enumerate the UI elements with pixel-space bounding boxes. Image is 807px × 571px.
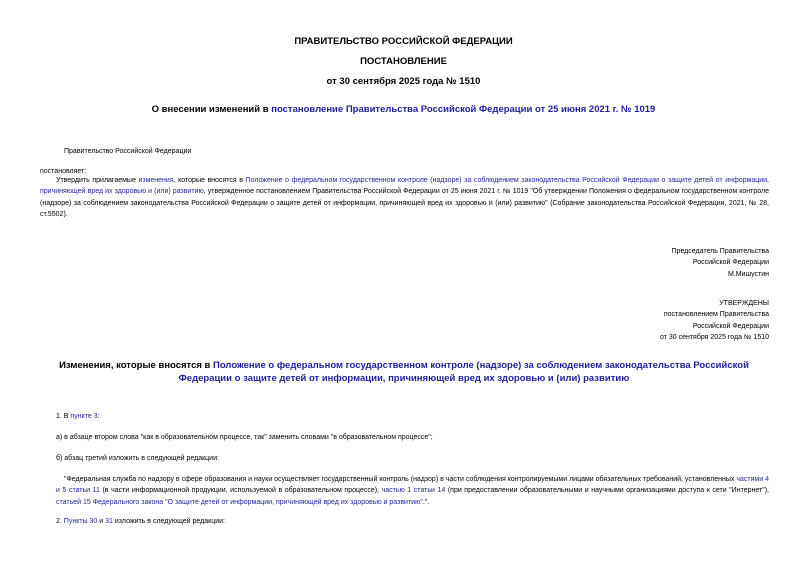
approval-heading: УТВЕРЖДЕНЫ <box>560 298 769 309</box>
document-page: ПРАВИТЕЛЬСТВО РОССИЙСКОЙ ФЕДЕРАЦИИ ПОСТА… <box>0 0 807 571</box>
annex-title: Изменения, которые вносятся в Положение … <box>48 360 760 385</box>
government-heading: ПРАВИТЕЛЬСТВО РОССИЙСКОЙ ФЕДЕРАЦИИ <box>100 36 707 47</box>
clause-31-link[interactable]: 31 <box>105 518 113 525</box>
issuer-text: Правительство Российской Федерации <box>64 146 191 157</box>
item-1a: а) в абзаце втором слова "как в образова… <box>56 432 433 443</box>
clause-30-link[interactable]: Пункты 30 <box>64 518 98 525</box>
amended-decree-link[interactable]: постановление Правительства Российской Ф… <box>271 104 655 115</box>
resolution-paragraph: Утвердить прилагаемые изменения, которые… <box>40 175 769 220</box>
approval-line-3: Российской Федерации <box>560 321 769 332</box>
signature-name: М.Мишустин <box>560 269 769 280</box>
approval-line-2: постановлением Правительства <box>560 309 769 320</box>
signature-block: Председатель Правительства Российской Фе… <box>560 246 769 280</box>
signature-org: Российской Федерации <box>560 257 769 268</box>
signature-title: Председатель Правительства <box>560 246 769 257</box>
document-date-number: от 30 сентября 2025 года № 1510 <box>100 76 707 87</box>
changes-link[interactable]: изменения <box>138 177 173 184</box>
item-2: 2. Пункты 30 и 31 изложить в следующей р… <box>56 516 225 527</box>
annex-regulation-link[interactable]: Положение о федеральном государственном … <box>179 360 749 384</box>
article-14-link[interactable]: частью 1 статьи 14 <box>382 487 446 494</box>
document-type: ПОСТАНОВЛЕНИЕ <box>100 56 707 67</box>
article-15-link[interactable]: статьей 15 Федерального закона "О защите… <box>56 499 423 506</box>
item-1: 1. В пункте 3: <box>56 411 100 422</box>
approval-line-4: от 30 сентября 2025 года № 1510 <box>560 332 769 343</box>
document-title: О внесении изменений в постановление Пра… <box>60 104 747 115</box>
approval-block: УТВЕРЖДЕНЫ постановлением Правительства … <box>560 298 769 343</box>
title-prefix: О внесении изменений в <box>152 104 272 115</box>
clause-3-link[interactable]: пункте 3 <box>70 413 97 420</box>
quoted-paragraph: "Федеральная служба по надзору в сфере о… <box>56 474 769 508</box>
item-1b: б) абзац третий изложить в следующей ред… <box>56 453 219 464</box>
